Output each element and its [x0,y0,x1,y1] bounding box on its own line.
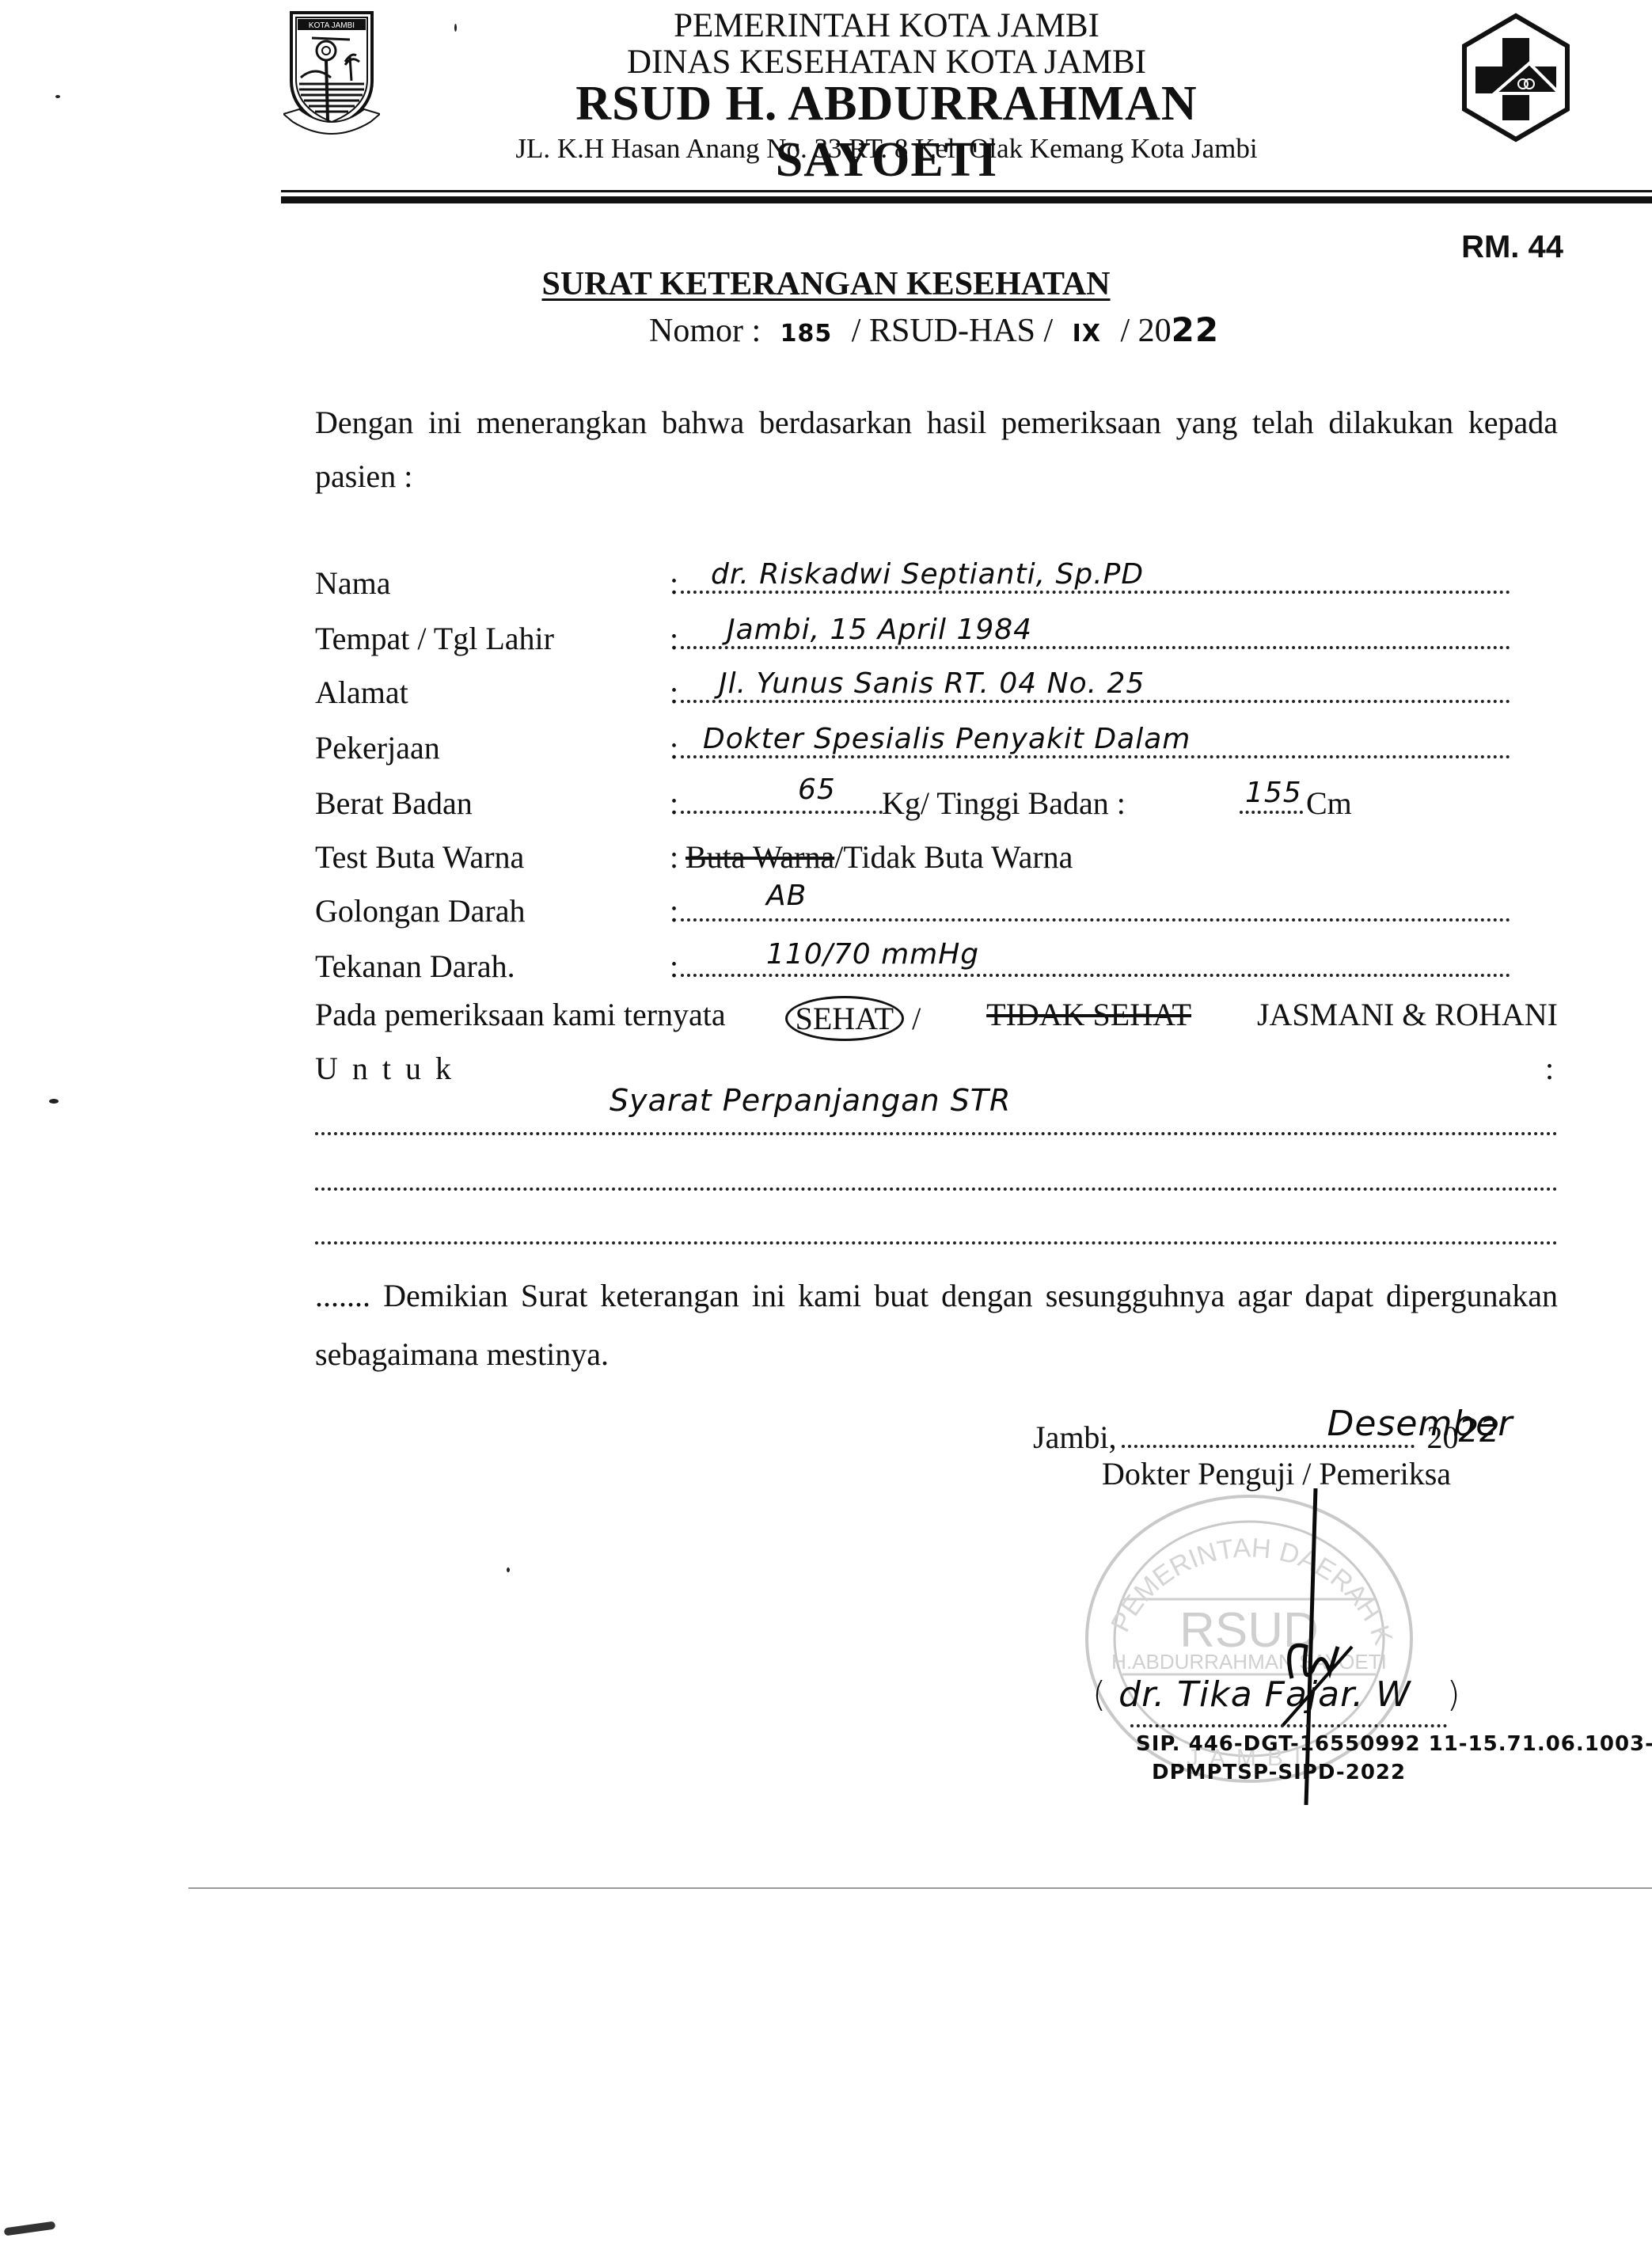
field-value[interactable]: Jl. Yunus Sanis RT. 04 No. 25 [719,667,1145,700]
untuk-dotted-line-3 [315,1241,1558,1244]
field-dotted-line [681,755,1510,758]
field-colon: : [670,892,678,929]
option-separator: / [834,839,843,875]
field-colon: : [670,729,678,766]
untuk-colon: : [1545,1050,1554,1087]
field-tekanan-darah: Tekanan Darah. : 110/70 mmHg [315,937,1510,985]
form-code: RM. 44 [1461,230,1563,265]
field-golongan-darah: Golongan Darah : AB [315,882,1510,929]
field-dotted-line [1240,811,1303,814]
tinggi-unit: Cm [1306,785,1352,822]
date-dotted-line: Desember [1122,1445,1415,1448]
header-government: PEMERINTAH KOTA JAMBI [475,6,1298,45]
result-separator: / [912,1001,921,1036]
header-divider-thin [281,190,1652,192]
field-label: Test Buta Warna [315,838,524,876]
untuk-dotted-line-1 [315,1132,1558,1135]
nomor-middle: / RSUD-HAS / [852,313,1053,349]
paren-close: ) [1447,1674,1461,1715]
scan-smudge [4,2221,56,2236]
field-value[interactable]: dr. Riskadwi Septianti, Sp.PD [711,558,1144,591]
field-nama: Nama : dr. Riskadwi Septianti, Sp.PD [315,554,1510,602]
header-divider-thick [281,196,1652,203]
date-month[interactable]: Desember [1327,1404,1513,1444]
svg-text:KOTA JAMBI: KOTA JAMBI [309,21,355,30]
result-tidak-sehat-struck[interactable]: TIDAK SEHAT [986,996,1191,1041]
date-place: Jambi, [1033,1419,1117,1455]
examiner-name[interactable]: ( dr. Tika Fajar. W ) [1092,1674,1461,1715]
footer-divider [188,1887,1652,1889]
scan-speck [507,1567,510,1572]
field-colon: : [670,564,678,602]
field-dotted-line [681,811,883,814]
field-test-buta-warna: Test Buta Warna : Buta Warna/Tidak Buta … [315,828,1510,876]
nomor-year-prefix: / 20 [1120,313,1171,349]
field-value[interactable]: Jambi, 15 April 1984 [727,614,1032,646]
field-label: Nama [315,564,391,602]
result-sehat-circled[interactable]: SEHAT [785,996,904,1041]
field-label: Berat Badan [315,785,473,822]
sip-number-line-1: SIP. 446-DGT-16550992 11-15.71.06.1003- [1136,1732,1652,1756]
health-ministry-cross-hexagon-icon [1456,11,1575,146]
scan-speck [55,95,60,98]
field-dotted-line [681,646,1510,649]
field-tempat-tgl-lahir: Tempat / Tgl Lahir : Jambi, 15 April 198… [315,610,1510,657]
field-dotted-line [681,974,1510,977]
nomor-label: Nomor : [649,313,761,349]
field-pekerjaan: Pekerjaan : Dokter Spesialis Penyakit Da… [315,719,1510,766]
intro-paragraph: Dengan ini menerangkan bahwa berdasarkan… [315,396,1558,503]
field-value[interactable]: AB [766,880,807,912]
field-alamat: Alamat : Jl. Yunus Sanis RT. 04 No. 25 [315,663,1510,711]
field-colon: : [670,948,678,985]
field-colon: : [670,838,678,876]
paren-open: ( [1092,1674,1107,1715]
nomor-year-suffix[interactable]: 22 [1172,310,1219,349]
document-title: SURAT KETERANGAN KESEHATAN [0,265,1652,303]
examiner-dotted-line [1130,1724,1447,1727]
untuk-label: Untuk [315,1050,1558,1087]
field-colon: : [670,785,678,822]
closing-paragraph: ....... Demikian Surat keterangan ini ka… [315,1267,1558,1384]
signature-date: Jambi,Desember 2022 [1033,1413,1500,1456]
header-address: JL. K.H Hasan Anang No. 33 RT. 8 Kel. Ol… [475,133,1298,165]
field-value[interactable]: 110/70 mmHg [766,938,979,971]
berat-value[interactable]: 65 [798,773,836,806]
field-dotted-line [681,918,1510,921]
field-value[interactable]: Dokter Spesialis Penyakit Dalam [703,723,1191,755]
field-label: Pekerjaan [315,729,440,766]
result-suffix: JASMANI & ROHANI [1257,996,1558,1041]
sip-number-line-2: DPMPTSP-SIPD-2022 [1152,1761,1406,1784]
kota-jambi-crest-icon: KOTA JAMBI [283,9,380,136]
field-colon: : [670,674,678,711]
field-colon: : [670,620,678,657]
scan-speck [454,24,457,32]
field-label: Tekanan Darah. [315,948,515,985]
option-tidak-buta-warna[interactable]: Tidak Buta Warna [843,839,1073,875]
field-dotted-line [681,700,1510,703]
nomor-number[interactable]: 185 [780,320,833,348]
field-dotted-line [681,591,1510,594]
field-label: Tempat / Tgl Lahir [315,620,554,657]
field-berat-tinggi: Berat Badan : 65 Kg/ Tinggi Badan : 155 … [315,774,1510,822]
field-label: Golongan Darah [315,892,525,929]
result-prefix: Pada pemeriksaan kami ternyata [315,996,726,1041]
berat-unit-tinggi-label: Kg/ Tinggi Badan : [882,785,1126,822]
document-number: Nomor : 185 / RSUD-HAS / IX / 2022 [649,310,1219,350]
untuk-value[interactable]: Syarat Perpanjangan STR [610,1083,1011,1118]
health-result-line: Pada pemeriksaan kami ternyata SEHAT / T… [315,996,1558,1041]
signature-scribble-icon [1219,1488,1456,1805]
scan-speck [49,1099,59,1104]
untuk-dotted-line-2 [315,1187,1558,1191]
tinggi-value[interactable]: 155 [1245,777,1302,809]
header-hospital-name: RSUD H. ABDURRAHMAN SAYOETI [475,76,1298,188]
examiner-role: Dokter Penguji / Pemeriksa [1102,1455,1451,1492]
option-buta-warna-struck[interactable]: Buta Warna [685,839,834,875]
nomor-month[interactable]: IX [1073,320,1101,348]
field-label: Alamat [315,674,408,711]
